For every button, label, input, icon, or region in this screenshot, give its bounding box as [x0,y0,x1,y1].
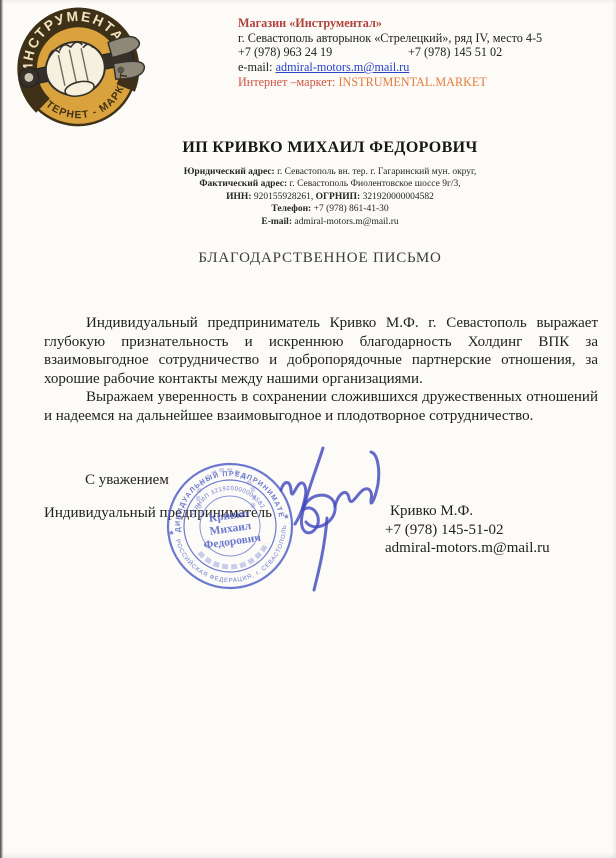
shop-phone-1: +7 (978) 963 24 19 [238,45,408,60]
shop-phones: +7 (978) 963 24 19+7 (978) 145 51 02 [238,45,568,60]
company-letterhead: ИП КРИВКО МИХАИЛ ФЕДОРОВИЧ Юридический а… [95,139,565,228]
inn-label: ИНН: [226,192,251,202]
shop-email-link: admiral-motors.m@mail.ru [276,60,410,74]
actual-address-label: Фактический адрес: [199,179,287,189]
stamp-star-left: * [169,529,176,542]
market-label: Интернет –маркет: [238,75,338,89]
shop-name: Магазин «Инструментал» [238,16,568,31]
shop-email-line: e-mail: admiral-motors.m@mail.ru [238,60,568,75]
shop-market-line: Интернет –маркет: INSTRUMENTAL.MARKET [238,75,568,90]
company-details: Юридический адрес: г. Севастополь вн. те… [95,166,565,228]
ogrnip-value: 321920000004582 [360,192,434,202]
phone-line: Телефон: +7 (978) 861-41-30 [95,203,565,215]
phone-label: Телефон: [271,204,311,214]
email-label: E-mail: [261,217,292,227]
signer-name: Кривко М.Ф. [385,502,550,521]
fist-wrench-logo-icon: ИНСТРУМЕНТАЛ ИНТЕРНЕТ - МАРК [4,4,152,130]
company-logo: ИНСТРУМЕНТАЛ ИНТЕРНЕТ - МАРК [4,4,152,130]
inn-ogrnip-line: ИНН: 920155928261, ОГРНИП: 3219200000045… [95,191,565,203]
letter-paragraph-1: Индивидуальный предприниматель Кривко М.… [44,314,598,388]
email-line: E-mail: admiral-motors.m@mail.ru [95,216,565,228]
signer-contact-block: Кривко М.Ф. +7 (978) 145-51-02 admiral-m… [385,502,550,558]
inn-value: 920155928261, [252,192,316,202]
actual-address-line: Фактический адрес: г. Севастополь Фиолен… [95,178,565,190]
market-value: INSTRUMENTAL.MARKET [338,75,486,89]
scanned-letter-page: ИНСТРУМЕНТАЛ ИНТЕРНЕТ - МАРК [0,0,616,858]
signer-email: admiral-motors.m@mail.ru [385,539,550,558]
scan-edge [0,0,3,858]
shop-email-label: e-mail: [238,60,276,74]
shop-contact-block: Магазин «Инструментал» г. Севастополь ав… [238,16,568,90]
shop-phone-2: +7 (978) 145 51 02 [408,45,502,59]
shop-address: г. Севастополь авторынок «Стрелецкий», р… [238,31,568,46]
actual-address-value: г. Севастополь Фиолентовское шоссе 9г/3, [287,179,460,189]
letter-paragraph-2: Выражаем уверенность в сохранении сложив… [44,388,598,425]
signer-phone: +7 (978) 145-51-02 [385,521,550,540]
handwritten-signature [243,438,388,603]
company-name: ИП КРИВКО МИХАИЛ ФЕДОРОВИЧ [95,139,565,157]
letter-title: БЛАГОДАРСТВЕННОЕ ПИСЬМО [20,250,616,267]
phone-value: +7 (978) 861-41-30 [311,204,388,214]
legal-address-line: Юридический адрес: г. Севастополь вн. те… [95,166,565,178]
letter-body: Индивидуальный предприниматель Кривко М.… [44,314,598,426]
legal-address-value: г. Севастополь вн. тер. г. Гагаринский м… [275,167,477,177]
ogrnip-label: ОГРНИП: [316,192,361,202]
legal-address-label: Юридический адрес: [184,167,275,177]
signature-icon [243,438,388,603]
email-value: admiral-motors.m@mail.ru [292,217,399,227]
